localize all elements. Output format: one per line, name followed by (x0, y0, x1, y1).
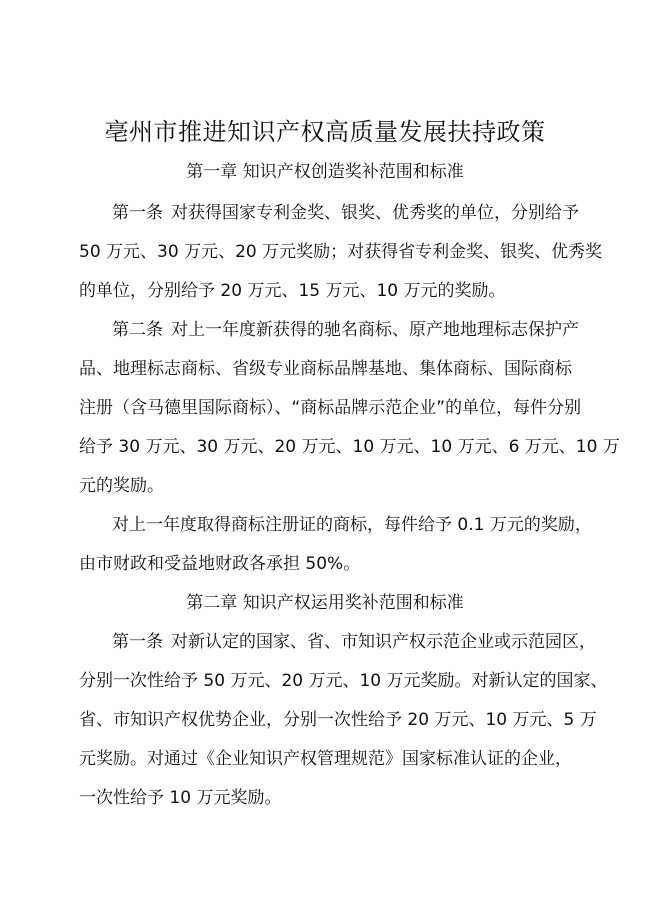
chapter-1-article-2-line-1: 第二条对上一年度新获得的驰名商标、原产地地理标志保护产 (112, 318, 579, 342)
chapter-1-article-1-line-2: 50 万元、30 万元、20 万元奖励；对获得省专利金奖、银奖、优秀奖 (79, 240, 602, 264)
chapter-1-article-2-line-3: 注册（含马德里国际商标）、“商标品牌示范企业”的单位，每件分别 (79, 396, 581, 420)
article-label: 第一条 (112, 203, 163, 223)
chapter-1-article-1-line-1: 第一条对获得国家专利金奖、银奖、优秀奖的单位，分别给予 (112, 201, 579, 225)
chapter-1-article-2-line-2: 品、地理标志商标、省级专业商标品牌基地、集体商标、国际商标 (79, 357, 572, 381)
chapter-1-article-2-line-5: 元的奖励。 (79, 474, 164, 498)
chapter-1-article-2-line-4: 给予 30 万元、30 万元、20 万元、10 万元、10 万元、6 万元、10… (79, 435, 620, 459)
chapter-1-heading: 第一章 知识产权创造奖补范围和标准 (0, 160, 650, 184)
article-label: 第一条 (112, 632, 163, 652)
chapter-2-article-1-line-1: 第一条对新认定的国家、省、市知识产权示范企业或示范园区， (112, 630, 596, 654)
chapter-2-article-1-line-4: 元奖励。对通过《企业知识产权管理规范》国家标准认证的企业， (79, 747, 572, 771)
chapter-2-article-1-line-3: 省、市知识产权优势企业，分别一次性给予 20 万元、10 万元、5 万 (79, 708, 597, 732)
chapter-2-article-1-line-2: 分别一次性给予 50 万元、20 万元、10 万元奖励。对新认定的国家、 (79, 669, 608, 693)
article-label: 第二条 (112, 320, 163, 340)
chapter-2-article-1-line-5: 一次性给予 10 万元奖励。 (79, 786, 281, 810)
chapter-1-paragraph-3-line-1: 对上一年度取得商标注册证的商标，每件给予 0.1 万元的奖励， (112, 513, 592, 537)
chapter-1-article-1-line-3: 的单位，分别给予 20 万元、15 万元、10 万元的奖励。 (79, 279, 506, 303)
document-title: 亳州市推进知识产权高质量发展扶持政策 (0, 116, 650, 148)
chapter-1-paragraph-3-line-2: 由市财政和受益地财政各承担 50%。 (79, 552, 360, 576)
chapter-2-heading: 第二章 知识产权运用奖补范围和标准 (0, 591, 650, 615)
